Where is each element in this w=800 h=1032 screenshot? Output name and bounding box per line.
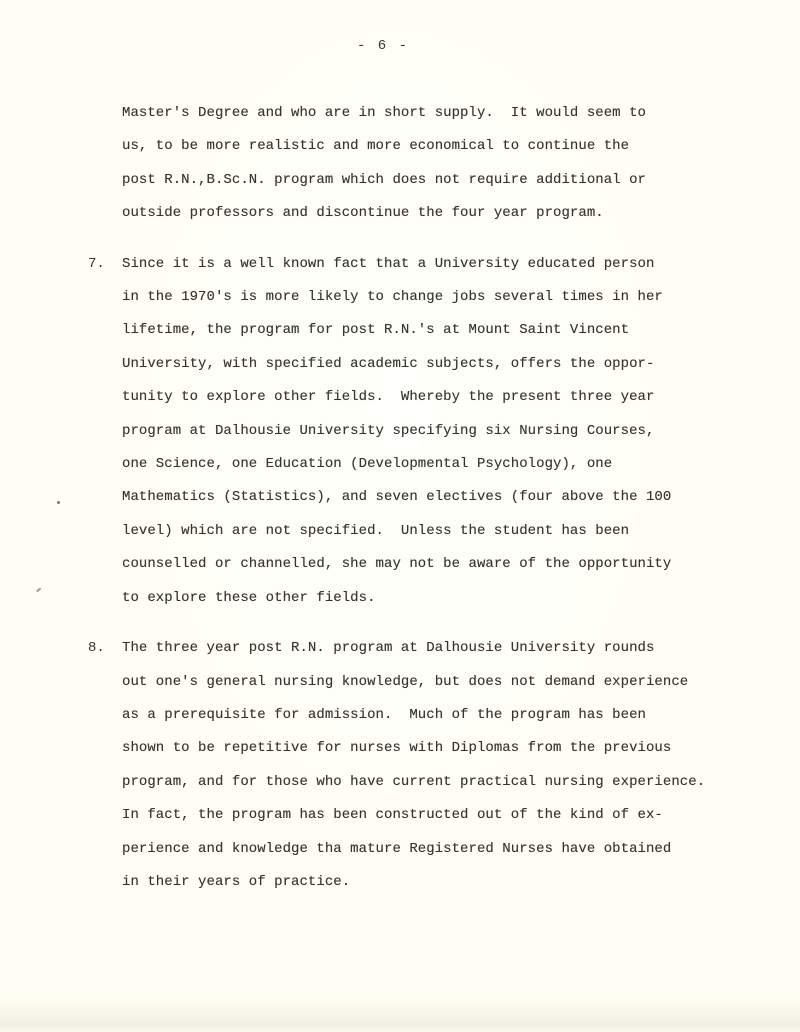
paragraph-text: Since it is a well known fact that a Uni… xyxy=(122,248,800,615)
page-content: Master's Degree and who are in short sup… xyxy=(0,97,800,916)
paragraph-marker: 7. xyxy=(88,248,105,281)
scan-smudge xyxy=(0,998,800,1032)
page-number: - 6 - xyxy=(0,38,766,54)
paragraph-marker: 8. xyxy=(88,632,105,665)
paragraph-text: The three year post R.N. program at Dalh… xyxy=(122,632,800,899)
document-page: - 6 - Master's Degree and who are in sho… xyxy=(0,0,800,1032)
paragraph-continuation: Master's Degree and who are in short sup… xyxy=(0,97,800,231)
paragraph-item-8: 8. The three year post R.N. program at D… xyxy=(0,632,800,899)
stray-ink-dot xyxy=(57,501,60,504)
paragraph-text: Master's Degree and who are in short sup… xyxy=(122,97,800,231)
paragraph-item-7: 7. Since it is a well known fact that a … xyxy=(0,248,800,615)
